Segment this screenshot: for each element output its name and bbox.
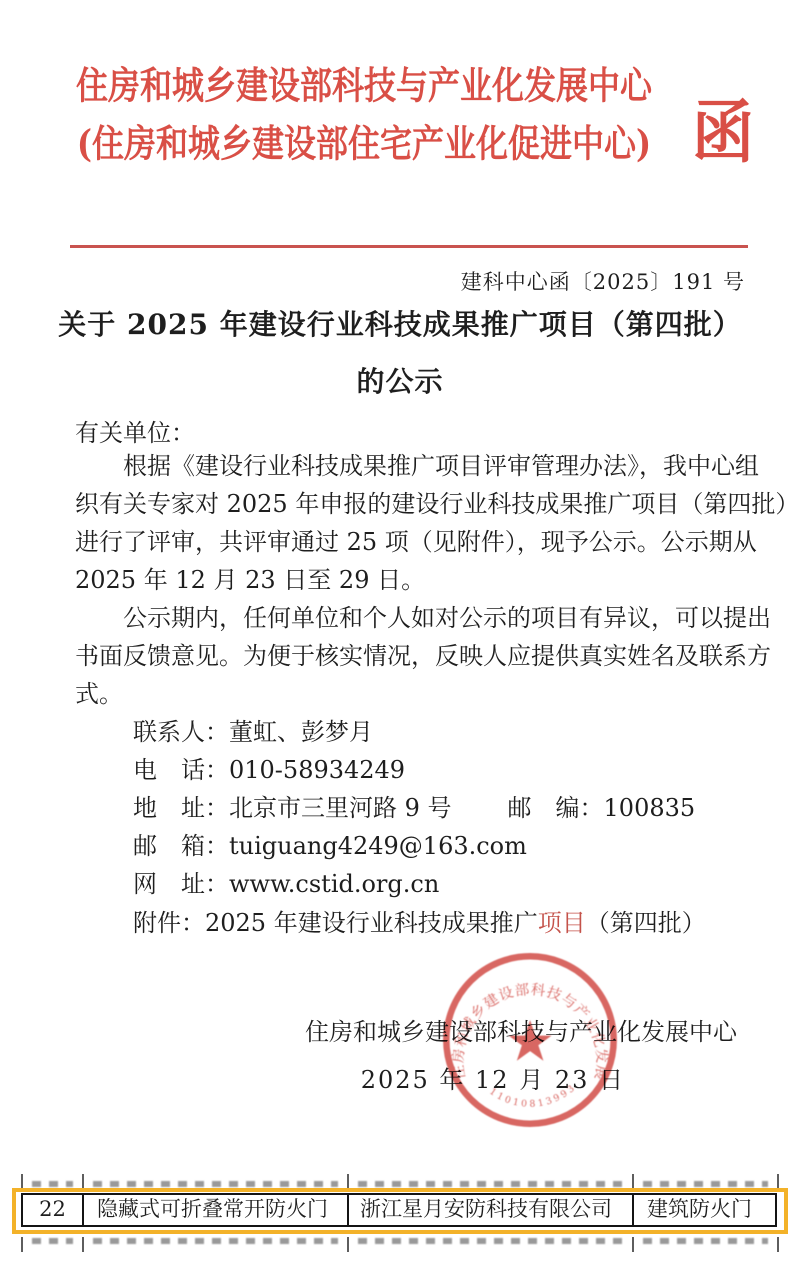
attachment-text: 2025 年建设行业科技成果推广	[205, 909, 538, 937]
partial-cell	[82, 1237, 347, 1252]
partial-table-row-above	[21, 1174, 779, 1188]
document-title-line1: 关于 2025 年建设行业科技成果推广项目（第四批）	[0, 303, 800, 343]
attachment-line: 附件：2025 年建设行业科技成果推广项目（第四批）	[133, 903, 706, 938]
partial-cell	[21, 1237, 82, 1252]
contact-block: 联系人：董虹、彭梦月 电 话：010-58934249 地 址：北京市三里河路 …	[133, 713, 695, 903]
seal-star-icon: ★	[505, 1009, 555, 1074]
contact-zip-value: 100835	[604, 794, 696, 822]
document-title-line2: 的公示	[0, 360, 800, 400]
letterhead-divider-rule	[70, 245, 748, 248]
document-number: 建科中心函〔2025〕191 号	[461, 266, 745, 296]
contact-web-line: 网 址：www.cstid.org.cn	[133, 865, 695, 903]
table-cell-number: 22	[23, 1195, 82, 1225]
contact-web-label: 网 址：	[133, 870, 229, 898]
partial-table-row-below	[21, 1237, 779, 1252]
contact-email-value: tuiguang4249@163.com	[229, 832, 527, 860]
contact-zip-label: 邮 编：	[508, 794, 604, 822]
contact-phone-line: 电 话：010-58934249	[133, 751, 695, 789]
paragraph-2: 公示期内，任何单位和个人如对公示的项目有异议，可以提出 书面反馈意见。为便于核实…	[75, 599, 747, 713]
contact-address-line: 地 址：北京市三里河路 9 号邮 编：100835	[133, 789, 695, 827]
table-row: 22 隐藏式可折叠常开防火门 浙江星月安防科技有限公司 建筑防火门	[21, 1193, 777, 1227]
partial-cell	[347, 1174, 632, 1188]
paragraph-2-line: 公示期内，任何单位和个人如对公示的项目有异议，可以提出	[75, 599, 747, 637]
paragraph-1-line: 根据《建设行业科技成果推广项目评审管理办法》，我中心组	[75, 447, 747, 485]
contact-email-label: 邮 箱：	[133, 832, 229, 860]
table-cell-category: 建筑防火门	[632, 1195, 775, 1225]
partial-cell	[21, 1174, 82, 1188]
contact-address-label: 地 址：	[133, 794, 229, 822]
contact-person-value: 董虹、彭梦月	[229, 718, 373, 746]
official-seal-stamp: ★ 住房和城乡建设部科技与产业化发展中心 110108139936	[437, 947, 623, 1133]
attachment-text-tail: （第四批）	[586, 909, 706, 937]
contact-phone-value: 010-58934249	[229, 756, 405, 784]
paragraph-1: 根据《建设行业科技成果推广项目评审管理办法》，我中心组 织有关专家对 2025 …	[75, 447, 747, 599]
contact-email-line: 邮 箱：tuiguang4249@163.com	[133, 827, 695, 865]
attachment-label: 附件：	[133, 909, 205, 937]
letterhead-line2: (住房和城乡建设部住宅产业化促进中心)	[38, 114, 690, 168]
paragraph-1-line: 进行了评审，共评审通过 25 项（见附件），现予公示。公示期从	[75, 523, 747, 561]
contact-person-label: 联系人：	[133, 718, 229, 746]
paragraph-1-line: 2025 年 12 月 23 日至 29 日。	[75, 561, 747, 599]
official-letter-page: 住房和城乡建设部科技与产业化发展中心 (住房和城乡建设部住宅产业化促进中心) 函…	[0, 0, 800, 1264]
contact-phone-label: 电 话：	[133, 756, 229, 784]
partial-cell	[347, 1237, 632, 1252]
contact-address-value: 北京市三里河路 9 号	[229, 794, 452, 822]
partial-cell	[632, 1237, 779, 1252]
table-cell-project: 隐藏式可折叠常开防火门	[82, 1195, 347, 1225]
letterhead-doc-type: 函	[692, 78, 754, 176]
paragraph-2-line: 式。	[75, 675, 747, 713]
salutation: 有关单位：	[75, 413, 195, 448]
attachment-text-stamp-overlap: 项目	[538, 909, 586, 937]
highlighted-row-marker: 22 隐藏式可折叠常开防火门 浙江星月安防科技有限公司 建筑防火门	[12, 1188, 788, 1234]
contact-person-line: 联系人：董虹、彭梦月	[133, 713, 695, 751]
paragraph-1-line: 织有关专家对 2025 年申报的建设行业科技成果推广项目（第四批）	[75, 485, 747, 523]
contact-web-value: www.cstid.org.cn	[229, 870, 439, 898]
letterhead-line1: 住房和城乡建设部科技与产业化发展中心	[38, 56, 690, 110]
partial-cell	[632, 1174, 779, 1188]
paragraph-2-line: 书面反馈意见。为便于核实情况，反映人应提供真实姓名及联系方	[75, 637, 747, 675]
partial-cell	[82, 1174, 347, 1188]
table-cell-company: 浙江星月安防科技有限公司	[347, 1195, 632, 1225]
